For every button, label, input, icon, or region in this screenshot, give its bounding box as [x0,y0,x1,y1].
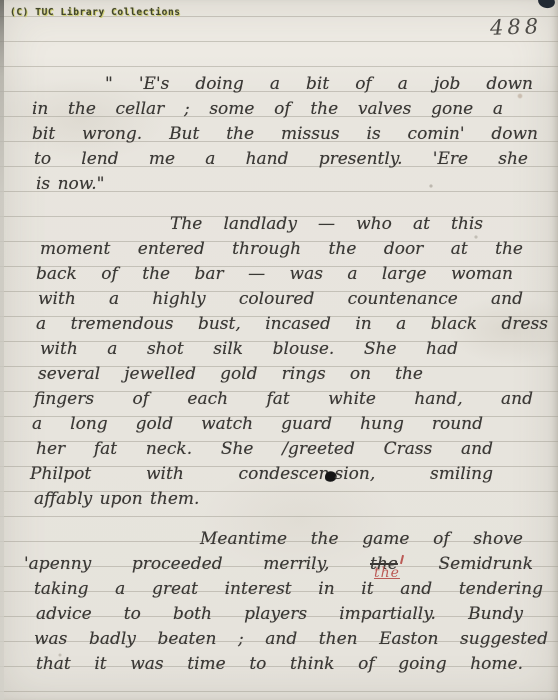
library-watermark: (C) TUC Library Collections [10,7,181,18]
manuscript-line: with a highly coloured countenance and [38,287,523,312]
corner-stain [537,0,557,10]
manuscript-line: was badly beaten ; and then Easton sugge… [34,627,548,652]
manuscript-line: that it was time to think of going home. [36,652,523,677]
manuscript-line: The landlady — who at this [170,212,483,237]
manuscript-line: fingers of each fat white hand, and [34,387,533,412]
manuscript-line: a tremendous bust, incased in a black dr… [36,312,548,337]
manuscript-line: affably upon them. [34,487,558,512]
line-text-before-correction: 'apenny proceeded merrily, [24,554,370,574]
manuscript-line: in the cellar ; some of the valves gone … [32,97,503,122]
paragraph-2: The landlady — who at this moment entere… [0,212,558,512]
manuscript-line: is now." [36,172,558,197]
manuscript-line: taking a great interest in it and tender… [34,577,543,602]
manuscript-line: several jewelled gold rings on the [38,362,423,387]
manuscript-line-with-correction: 'apenny proceeded merrily, thethe Semidr… [24,552,533,577]
manuscript-text: " 'E's doing a bit of a job down in the … [0,72,558,677]
paragraph-1: " 'E's doing a bit of a job down in the … [0,72,558,197]
manuscript-line: Meantime the game of shove [200,527,523,552]
manuscript-line-with-blot: Philpot with condescension, smiling [30,462,493,487]
manuscript-line: to lend me a hand presently. 'Ere she [34,147,528,172]
manuscript-line: back of the bar — was a large woman [36,262,513,287]
line-text-before-blot: Philpot with condescen [30,464,329,484]
manuscript-line: " 'E's doing a bit of a job down [105,72,533,97]
manuscript-line: a long gold watch guard hung round [32,412,483,437]
manuscript-line: her fat neck. She /greeted Crass and [36,437,493,462]
manuscript-line: with a shot silk blouse. She had [40,337,458,362]
line-text-after-correction: Semidrunk [398,554,533,574]
correction: thethe [370,552,398,577]
manuscript-line: moment entered through the door at the [40,237,523,262]
manuscript-line: advice to both players impartially. Bund… [36,602,523,627]
line-text-after-blot: sion, smiling [334,464,493,484]
page-number: 488 [490,14,543,40]
paragraph-3: Meantime the game of shove 'apenny proce… [0,527,558,677]
manuscript-line: bit wrong. But the missus is comin' down [32,122,538,147]
manuscript-page: (C) TUC Library Collections 488 " 'E's d… [0,0,558,700]
